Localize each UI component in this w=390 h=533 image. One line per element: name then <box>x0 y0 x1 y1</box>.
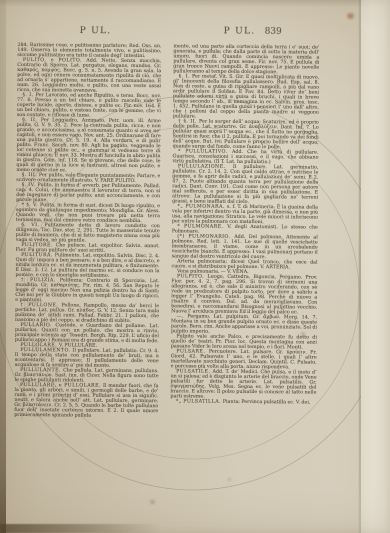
text-column-right: mente, ed una parte alla corteccia della… <box>170 44 319 424</box>
dictionary-entry: §. IV. Pulito, in forma d’ avverb. per P… <box>16 182 160 203</box>
entry-headword: PULLULANTE. <box>20 367 63 373</box>
column-left-text: 284. Rarissime cose, e pulitissimo parla… <box>14 42 161 418</box>
dictionary-entry: PULSATILE. Add. T. de’ Medici. Che pulsa… <box>170 369 316 400</box>
dictionary-entry: §. VI. Pulitamente detto di lavoro condo… <box>16 222 160 243</box>
dictionary-entry: † PULIZIA. Politezza; Contrario di Sporc… <box>15 277 159 303</box>
dictionary-entry: PULLULAZIONE. Il pullulare. Lat. germina… <box>172 164 318 205</box>
entry-headword: PULSARE. <box>176 348 209 354</box>
dictionary-entry: PULLULAMENTO. Il pullulare. Lat. pullula… <box>15 347 159 368</box>
page-header: P UL. P UL. 839 <box>2 23 390 38</box>
dictionary-entry: §. I. Per Lavorato, ed anche Ripulito, e… <box>17 92 161 118</box>
dictionary-entry: —, Pergamo. Lat. pulpitum. Gr. ἄμβων. Mo… <box>171 314 317 335</box>
scanned-book-page: P UL. P UL. 839 284. Rarissime cose, e p… <box>0 0 390 533</box>
foxing-spot <box>228 478 231 481</box>
entry-headword: * PULMONARE. <box>177 223 227 229</box>
foxing-spot <box>347 13 354 19</box>
dictionary-entry: PULSARE. Percuotere. Lat. pulsare. Gr. κ… <box>171 349 317 370</box>
entry-headword: §. VI. <box>21 222 44 228</box>
entry-headword: PULLULAMENTO. <box>20 347 72 353</box>
column-right-text: mente, ed una parte alla corteccia della… <box>170 44 319 405</box>
foxing-spot <box>150 500 155 504</box>
entry-headword: §. IV. <box>22 182 38 188</box>
entry-headword: *„ PULSATILLA. <box>176 398 223 404</box>
entry-headword: PULPITO. <box>177 273 208 279</box>
entry-headword: PULSATILE. <box>176 368 212 374</box>
entry-headword: §. I. <box>179 73 192 79</box>
dictionary-entry: *„ PULSATILLA. Pianta; Pervinca pulsatil… <box>170 399 316 405</box>
dictionary-entry: (*) PULMONARIO. Add. Del polmone, Attene… <box>172 234 318 260</box>
entry-headword: —, <box>177 313 188 319</box>
text-column-left: 284. Rarissime cose, e pulitissimo parla… <box>14 42 161 425</box>
bottom-edge-shadow <box>0 524 160 533</box>
entry-headword: §. III. <box>22 172 39 178</box>
left-edge-shadow <box>0 0 6 533</box>
dictionary-entry: *„ PULMONARA. s. f. T. di Marineria. È l… <box>172 204 318 225</box>
entry-headword: §. II. <box>22 117 41 123</box>
entry-headword: PULLULARE, e PULLOLARE. <box>20 382 103 388</box>
dictionary-entry: PULLULARE, e PULLOLARE. Il mandar fuori,… <box>14 382 158 418</box>
foxing-spot <box>301 332 305 336</box>
entry-headword: * §. V. <box>22 202 40 208</box>
dictionary-entry: PULITURA. Pulimento. Lat. expolitio. Sal… <box>15 252 159 278</box>
entry-headword: † §. II. <box>178 118 199 124</box>
entry-headword: * PULLULATIVO. <box>178 148 232 154</box>
dictionary-entry: §. II. Per Leggiadro, Azzimato. Petr. uo… <box>16 117 160 173</box>
entry-headword: † PULIZIA. <box>21 277 60 283</box>
entry-headword: PULITORE. <box>21 242 55 248</box>
entry-headword: PULLULAZIONE. <box>178 163 233 169</box>
page-number: 839 <box>265 27 282 37</box>
running-title-left: P UL. <box>80 26 112 36</box>
running-title-right: P UL. <box>224 26 256 36</box>
entry-headword: *„ PULMONARA. <box>178 203 227 209</box>
page-content: P UL. P UL. 839 284. Rarissime cose, e p… <box>0 0 390 533</box>
entry-headword: PULITURA. <box>21 252 55 258</box>
entry-headword: † PULLONE. <box>21 302 62 308</box>
dictionary-entry: PULITO, e POLITO. Add. Netto, Senza macc… <box>17 57 161 93</box>
adjacent-page-edge <box>361 0 390 533</box>
dictionary-entry: §. I. Per metaf. Vit. S. Gir. E quasi mo… <box>173 74 319 120</box>
entry-headword: PULLARIO. <box>20 322 55 328</box>
entry-headword: PULITO, e POLITO. <box>23 57 87 63</box>
entry-headword: (*) PULMONARIO. <box>177 233 234 239</box>
dictionary-entry: † PULLONE. Pollone, Rampollo, messo da’ … <box>15 302 159 323</box>
entry-continuation: mente, ed una parte alla corteccia della… <box>173 44 319 75</box>
dictionary-entry: * §. V. Pulita, in forma di sust. dicesi… <box>16 202 160 223</box>
dictionary-entry: PULLARIO. Custode, e Guardiano del polla… <box>15 322 159 343</box>
entry-headword: §. I. <box>23 92 36 98</box>
dictionary-entry: † §. II. Per lo sorger dell’ acqua; Scat… <box>173 119 319 150</box>
dictionary-entry: PULPITO. Luogo, Cattedra, Bigoncia, Perg… <box>171 274 317 315</box>
